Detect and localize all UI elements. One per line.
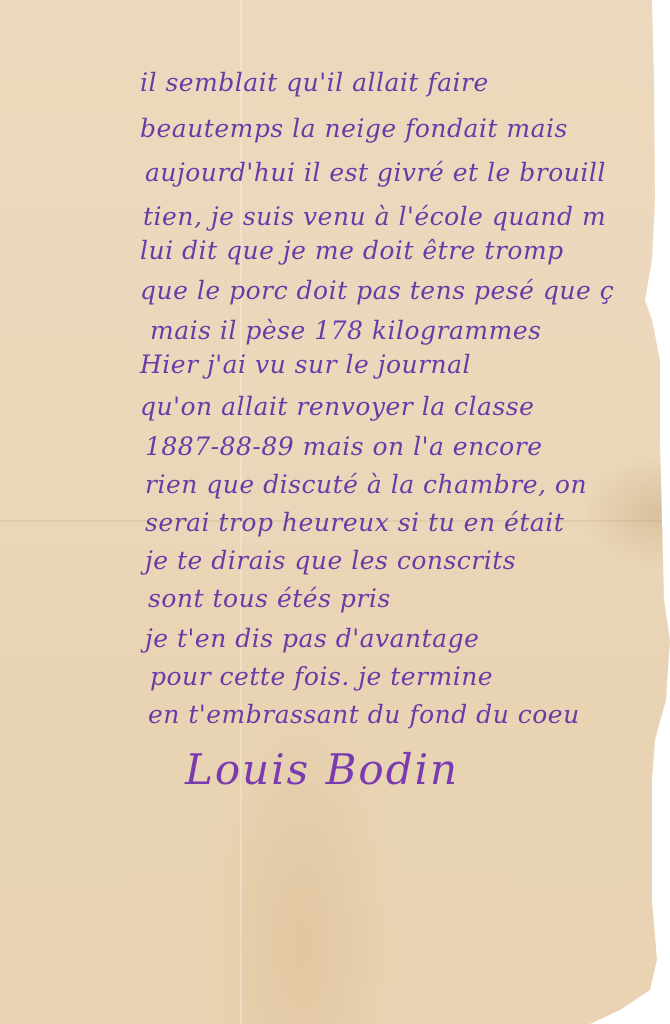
letter-line: beautemps la neige fondait mais — [140, 114, 568, 144]
letter-line: 1887-88-89 mais on l'a encore — [145, 432, 542, 462]
signature: Louis Bodin — [185, 745, 459, 794]
letter-line: lui dit que je me doit être tromp — [140, 236, 564, 266]
letter-line: Hier j'ai vu sur le journal — [140, 350, 471, 380]
letter-line: pour cette fois. je termine — [150, 662, 493, 692]
letter-line: sont tous étés pris — [148, 584, 391, 614]
letter-line: il semblait qu'il allait faire — [140, 68, 489, 98]
letter-line: aujourd'hui il est givré et le brouill — [145, 158, 606, 188]
letter-line: je t'en dis pas d'avantage — [145, 624, 479, 654]
letter-line: en t'embrassant du fond du coeu — [148, 700, 580, 730]
letter-line: que le porc doit pas tens pesé que ç — [140, 276, 614, 306]
letter-line: serai trop heureux si tu en était — [145, 508, 564, 538]
letter-line: tien, je suis venu à l'école quand m — [143, 202, 606, 232]
letter-line: rien que discuté à la chambre, on — [145, 470, 587, 500]
letter-line: qu'on allait renvoyer la classe — [140, 392, 534, 422]
handwritten-letter: il semblait qu'il allait faire beautemps… — [0, 0, 670, 1024]
letter-line: mais il pèse 178 kilogrammes — [150, 316, 541, 346]
letter-line: je te dirais que les conscrits — [145, 546, 516, 576]
